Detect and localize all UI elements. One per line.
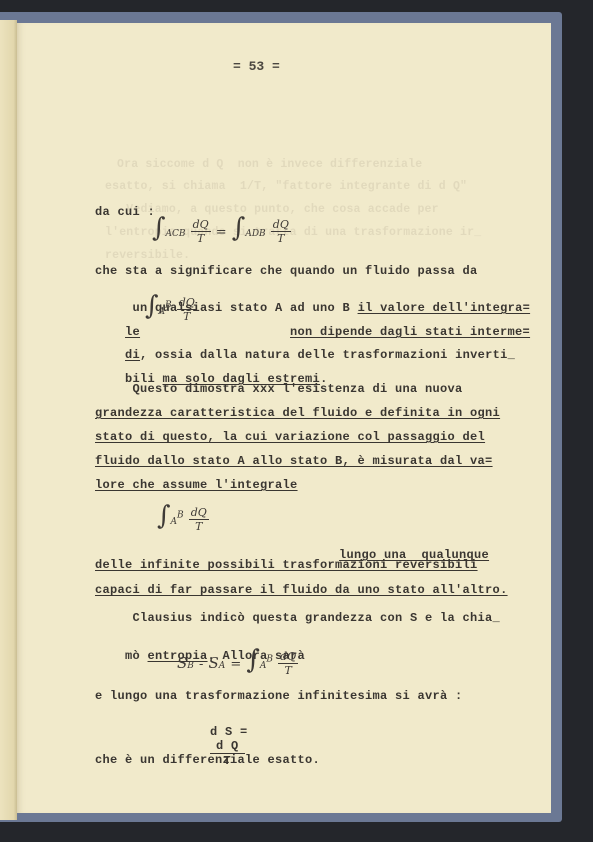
text-line: fluido dallo stato A allo stato B, è mis…: [95, 454, 493, 468]
text-line: che è un differenziale esatto.: [95, 753, 320, 767]
text-line: e lungo una trasformazione infinitesima …: [95, 689, 463, 703]
text-line: grandezza caratteristica del fluido e de…: [95, 406, 500, 420]
text-line: che sta a significare che quando un flui…: [95, 264, 478, 278]
equation-entropy-difference: SB - SA = ∫AB dQT: [177, 647, 298, 677]
equation-ds: d S = d QT: [180, 711, 248, 782]
equation-integral-a-b: ∫AB dQT: [157, 503, 209, 533]
page-number: = 53 =: [233, 59, 280, 74]
bleed-through-line: Ora siccome d Q non è invece differenzia…: [117, 158, 422, 171]
text-line: Questo dimostra xxx l'esistenza di una n…: [95, 382, 463, 396]
equation-integral-a-b: ∫AB dQT: [145, 293, 197, 323]
text-line: Clausius indicò questa grandezza con S e…: [95, 611, 500, 625]
equation-integral-acb-adb: ∫ACB dQT = ∫ADB dQT: [152, 215, 291, 245]
text-line: delle infinite possibili trasformazioni …: [95, 558, 478, 572]
bleed-through-line: esatto, si chiama 1/T, "fattore integran…: [105, 180, 467, 193]
bleed-through-line: reversibile.: [105, 249, 190, 262]
text-line: stato di questo, la cui variazione col p…: [95, 430, 485, 444]
text-line: capaci di far passare il fluido da uno s…: [95, 583, 508, 597]
document-page: Ora siccome d Q non è invece differenzia…: [17, 23, 551, 813]
text-line: lore che assume l'integrale: [95, 478, 298, 492]
left-page-edge: [0, 20, 17, 820]
text-line: da cui :: [95, 205, 155, 219]
